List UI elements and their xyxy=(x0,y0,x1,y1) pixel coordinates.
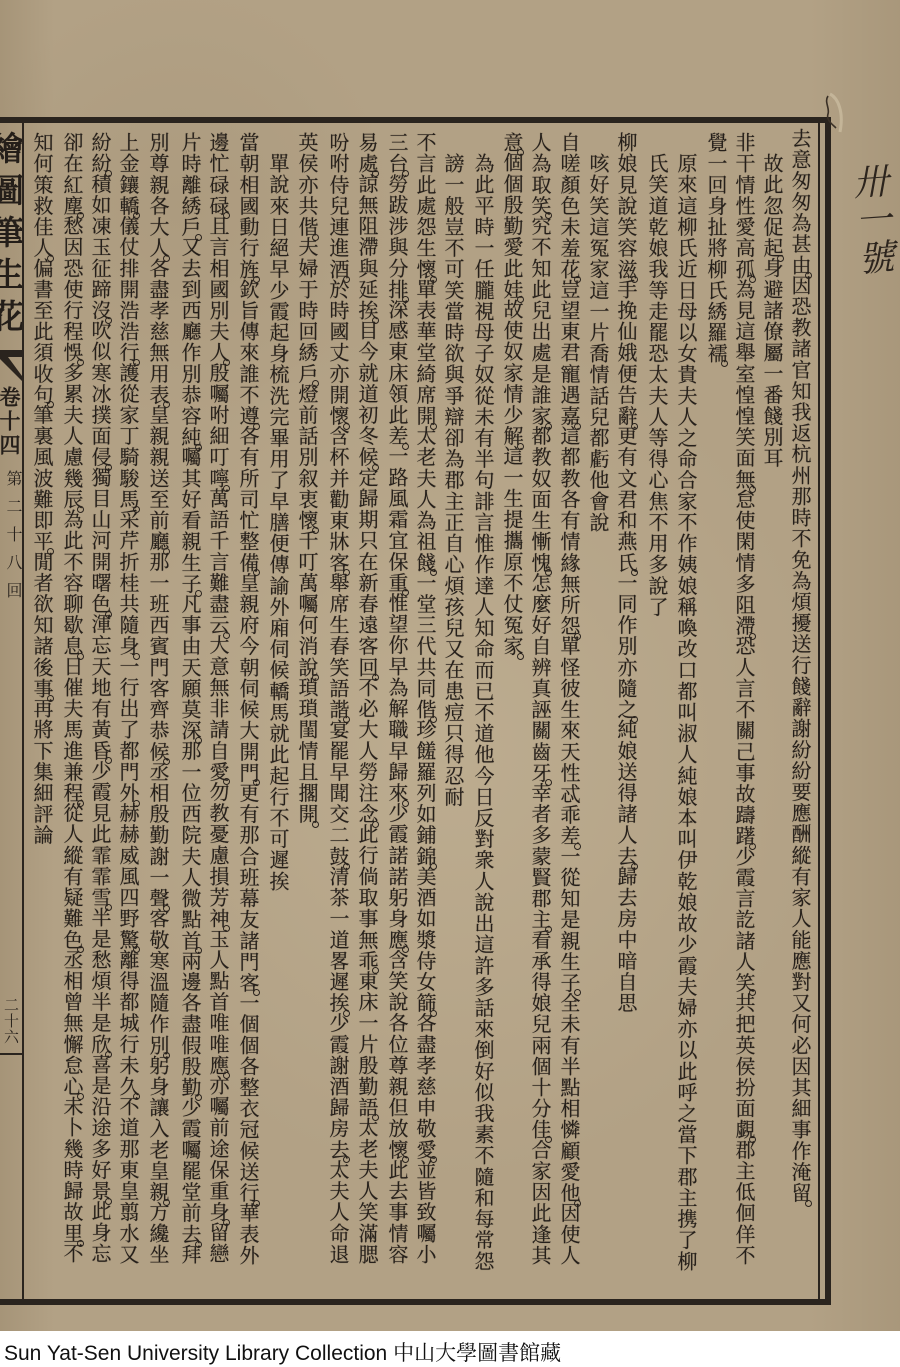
punctuation-circle: 。 xyxy=(749,486,756,493)
text-column: 當朝相國動行旌。欽旨傳來誰不遵。各有所司忙整備。皇親府今朝伺候大開門。更有那合班… xyxy=(235,132,261,1266)
handwritten-note: 卅一號 xyxy=(844,162,896,279)
punctuation-circle: 。 xyxy=(163,255,170,262)
punctuation-circle: 。 xyxy=(105,757,112,764)
text-column: 意。個個殷勤愛此娃。故使奴家情少解。這一生提攜原不仗冤家。 xyxy=(499,132,525,656)
volume-label: 卷十四 xyxy=(0,386,21,458)
text-column: 原來這柳氏近日母以女貴夫人之命合家不作姨娘稱喚改口都叫淑人純娘本叫伊乾娘故少霞夫… xyxy=(673,153,699,1272)
punctuation-circle: 。 xyxy=(343,1010,350,1017)
punctuation-circle: 。 xyxy=(163,905,170,912)
punctuation-circle: 。 xyxy=(223,1219,230,1226)
punctuation-circle: 。 xyxy=(223,485,230,492)
punctuation-circle: 。 xyxy=(223,1072,230,1079)
text-column: 咳好笑這冤家這一片喬情話兒都虧他會說 xyxy=(585,153,611,533)
punctuation-circle: 。 xyxy=(77,506,84,513)
punctuation-circle: 。 xyxy=(545,926,552,933)
punctuation-circle: 。 xyxy=(574,423,581,430)
chapter-label: 第二十八回 xyxy=(3,470,22,610)
punctuation-circle: 。 xyxy=(517,296,524,303)
fishtail-mark-icon xyxy=(0,352,22,382)
punctuation-circle: 。 xyxy=(77,359,84,366)
collection-caption-band: Sun Yat-Sen University Library Collectio… xyxy=(0,1331,900,1367)
frame-border-right-outer xyxy=(825,117,831,1305)
punctuation-circle: 。 xyxy=(430,423,437,430)
paper-tear-icon xyxy=(822,92,852,140)
punctuation-circle: 。 xyxy=(105,611,112,618)
leaf-box-rule xyxy=(0,1053,22,1055)
text-column: 自嗟顏色未羞花。豈望東君寵遇嘉。這都教各有情緣無所怨。單怪彼生來天性忒乖差。一從… xyxy=(556,132,582,1266)
punctuation-circle: 。 xyxy=(105,1051,112,1058)
punctuation-circle: 。 xyxy=(163,758,170,765)
punctuation-circle: 。 xyxy=(805,1200,812,1207)
punctuation-circle: 。 xyxy=(343,1156,350,1163)
punctuation-circle: 。 xyxy=(312,674,319,681)
punctuation-circle: 。 xyxy=(47,695,54,702)
punctuation-circle: 。 xyxy=(223,212,230,219)
punctuation-circle: 。 xyxy=(372,317,379,324)
punctuation-circle: 。 xyxy=(545,779,552,786)
punctuation-circle: 。 xyxy=(430,1156,437,1163)
collection-caption: Sun Yat-Sen University Library Collectio… xyxy=(4,1337,561,1367)
punctuation-circle: 。 xyxy=(223,778,230,785)
frame-border-bottom xyxy=(0,1299,831,1305)
punctuation-circle: 。 xyxy=(77,800,84,807)
punctuation-circle: 。 xyxy=(195,234,202,241)
punctuation-circle: 。 xyxy=(721,360,728,367)
book-title: 繪圖筆生花 xyxy=(0,131,22,341)
punctuation-circle: 。 xyxy=(343,423,350,430)
punctuation-circle: 。 xyxy=(631,569,638,576)
text-column: 故此忽促起。身避諸僚屬一番餞別耳 xyxy=(759,153,785,469)
punctuation-circle: 。 xyxy=(749,843,756,850)
text-column: 知何策救佳人。偏書至此須收句。筆裏風波難即平。閒者欲知諸後事。再將下集細評論 xyxy=(29,132,55,846)
punctuation-circle: 。 xyxy=(253,1200,260,1207)
punctuation-circle: 。 xyxy=(77,946,84,953)
frame-border-top xyxy=(0,117,831,123)
punctuation-circle: 。 xyxy=(430,1010,437,1017)
text-column: 三台。勞跋涉與分排。深感東床領此差。一路風霜宜保重。惟望你早為解職早歸來。少霞諾… xyxy=(384,132,410,1265)
text-column: 為此平時一任朧視母子奴從未有半句誹言惟作達人知命而已不道他今日反對衆人說出這許多… xyxy=(470,153,496,1272)
punctuation-circle: 。 xyxy=(574,276,581,283)
text-column: 紛紛。積如凍玉征蹄沒。吹似寒冰撲面侵。獨目山河開曙色。渾忘天地有黃昏。少霞見此霏… xyxy=(87,132,113,1264)
punctuation-circle: 。 xyxy=(133,359,140,366)
punctuation-circle: 。 xyxy=(77,1240,84,1247)
punctuation-circle: 。 xyxy=(402,589,409,596)
text-column: 不言此處怨生懷。單表華堂綺席開。太老夫人為祖餞。一堂三代共同偕。珍饈羅列如鋪錦。… xyxy=(412,132,438,1265)
punctuation-circle: 。 xyxy=(195,1094,202,1101)
punctuation-circle: 。 xyxy=(574,633,581,640)
text-column: 非干情性愛高孤。為見這舉室惶惶笑面無。怠使閑情多阻滯。恐人言不關己事故躊躇。少霞… xyxy=(731,132,757,1266)
punctuation-circle: 。 xyxy=(223,925,230,932)
punctuation-circle: 。 xyxy=(133,946,140,953)
punctuation-circle: 。 xyxy=(545,1136,552,1143)
text-column: 易處。諒無阻滯與延挨。目今就道初冬候。定歸期只在新春遠客回。不必大人勞注念。此行… xyxy=(354,132,380,1265)
text-column: 吩咐侍兒連進酒。於時國丈亦開懷。含杯并勸東牀客。舉席生春笑語諧。宴罷早聞交二鼓。… xyxy=(325,132,351,1265)
punctuation-circle: 。 xyxy=(77,653,84,660)
punctuation-circle: 。 xyxy=(133,212,140,219)
punctuation-circle: 。 xyxy=(574,989,581,996)
punctuation-circle: 。 xyxy=(223,632,230,639)
punctuation-circle: 。 xyxy=(402,800,409,807)
frame-border-right-inner xyxy=(818,117,820,1305)
scanned-book-page: 繪圖筆生花 卷十四 第二十八回 二十六 去意匆匆為甚由。因恐教諸官知我返杭州那時… xyxy=(0,0,900,1367)
punctuation-circle: 。 xyxy=(253,779,260,786)
punctuation-circle: 。 xyxy=(47,255,54,262)
punctuation-circle: 。 xyxy=(631,716,638,723)
punctuation-circle: 。 xyxy=(195,590,202,597)
punctuation-circle: 。 xyxy=(574,1200,581,1207)
punctuation-circle: 。 xyxy=(195,444,202,451)
punctuation-circle: 。 xyxy=(312,380,319,387)
text-column: 邊忙碌碌。且言相國別夫人。殷囑咐細叮嚀。萬語千言難盡云。大意無非請自愛。勿教憂慮… xyxy=(205,132,231,1264)
book-margin: 繪圖筆生花 卷十四 第二十八回 二十六 xyxy=(0,123,22,1299)
leaf-number: 二十六 xyxy=(1,997,21,1045)
punctuation-circle: 。 xyxy=(195,947,202,954)
punctuation-circle: 。 xyxy=(517,149,524,156)
punctuation-circle: 。 xyxy=(402,1156,409,1163)
punctuation-circle: 。 xyxy=(430,276,437,283)
punctuation-circle: 。 xyxy=(749,633,756,640)
punctuation-circle: 。 xyxy=(47,401,54,408)
text-column: 片時離綉戶。又去到西廳作別恭容純。囑其好看親生子。凡事由天願莫深。那一位西院夫人… xyxy=(177,132,203,1265)
punctuation-circle: 。 xyxy=(105,904,112,911)
text-column: 別尊親各大人。各盡孝慈無用表。皇親親送至前廳。那一班西賓門客齊恭候。丞相殷勤謝一… xyxy=(145,132,171,1265)
text-column: 卻在紅塵。愁因恐使行程悞。多累夫人慮幾辰。為此不容聊歇息。日催夫馬進兼程。從人縱… xyxy=(59,132,85,1264)
punctuation-circle: 。 xyxy=(402,946,409,953)
punctuation-circle: 。 xyxy=(749,276,756,283)
punctuation-circle: 。 xyxy=(517,443,524,450)
punctuation-circle: 。 xyxy=(372,821,379,828)
punctuation-circle: 。 xyxy=(133,506,140,513)
punctuation-circle: 。 xyxy=(133,653,140,660)
punctuation-circle: 。 xyxy=(343,276,350,283)
punctuation-circle: 。 xyxy=(749,989,756,996)
text-column: 去意匆匆為甚由。因恐教諸官知我返杭州那時不免為煩擾送行餞辭謝紛紛要應酬縱有家人能… xyxy=(787,128,813,1203)
punctuation-circle: 。 xyxy=(631,423,638,430)
punctuation-circle: 。 xyxy=(343,716,350,723)
punctuation-circle: 。 xyxy=(430,716,437,723)
punctuation-circle: 。 xyxy=(430,863,437,870)
punctuation-circle: 。 xyxy=(343,863,350,870)
punctuation-circle: 。 xyxy=(105,464,112,471)
punctuation-circle: 。 xyxy=(545,423,552,430)
punctuation-circle: 。 xyxy=(372,1114,379,1121)
punctuation-circle: 。 xyxy=(545,569,552,576)
punctuation-circle: 。 xyxy=(631,276,638,283)
punctuation-circle: 。 xyxy=(402,443,409,450)
punctuation-circle: 。 xyxy=(253,423,260,430)
punctuation-circle: 。 xyxy=(163,401,170,408)
punctuation-circle: 。 xyxy=(77,1093,84,1100)
text-column: 英侯亦共偕。夫婦于時回綉戶。燈前話別叙衷懷。千叮萬囑何消說。瑣瑣閨情且擱開。 xyxy=(294,132,320,824)
punctuation-circle: 。 xyxy=(402,296,409,303)
punctuation-circle: 。 xyxy=(372,674,379,681)
punctuation-circle: 。 xyxy=(195,737,202,744)
punctuation-circle: 。 xyxy=(163,1199,170,1206)
punctuation-circle: 。 xyxy=(312,234,319,241)
punctuation-circle: 。 xyxy=(372,464,379,471)
punctuation-circle: 。 xyxy=(223,359,230,366)
text-column: 氏笑道乾娘我等走罷恐太夫人等得心焦不用多說了 xyxy=(644,153,670,617)
punctuation-circle: 。 xyxy=(105,170,112,177)
text-column: 人為取笑。究不知此兒出處是誰家。都教奴面生慚愧。怎麼好自辨真誣關齒牙。幸者多蒙賢… xyxy=(527,132,553,1266)
punctuation-circle: 。 xyxy=(133,1093,140,1100)
punctuation-circle: 。 xyxy=(47,548,54,555)
margin-divider-line xyxy=(22,117,24,1305)
punctuation-circle: 。 xyxy=(574,843,581,850)
punctuation-circle: 。 xyxy=(253,276,260,283)
punctuation-circle: 。 xyxy=(749,1136,756,1143)
punctuation-circle: 。 xyxy=(545,212,552,219)
punctuation-circle: 。 xyxy=(77,212,84,219)
punctuation-circle: 。 xyxy=(195,1241,202,1248)
punctuation-circle: 。 xyxy=(372,967,379,974)
punctuation-circle: 。 xyxy=(163,1052,170,1059)
punctuation-circle: 。 xyxy=(312,821,319,828)
punctuation-circle: 。 xyxy=(105,1198,112,1205)
text-column: 柳娘見說笑容滋。手挽仙娥便告辭。更有文君和燕氏。一同作別亦隨之。純娘送得諸人去。… xyxy=(613,132,639,1014)
punctuation-circle: 。 xyxy=(372,170,379,177)
text-column: 上金鑲轎。儀仗排開浩浩行。護從家丁騎駿馬。采芹折桂共隨身。一行出了都門外。赫赫威… xyxy=(115,132,141,1265)
punctuation-circle: 。 xyxy=(163,548,170,555)
punctuation-circle: 。 xyxy=(777,255,784,262)
punctuation-circle: 。 xyxy=(253,989,260,996)
punctuation-circle: 。 xyxy=(517,653,524,660)
text-column: 覺一回身扯將柳氏綉羅襦。 xyxy=(703,132,729,363)
punctuation-circle: 。 xyxy=(343,569,350,576)
punctuation-circle: 。 xyxy=(133,800,140,807)
text-column: 謗一般豈不可笑當時欲與爭辯卻為郡主正自心煩孩兒又在患痘只得忍耐 xyxy=(440,153,466,807)
punctuation-circle: 。 xyxy=(430,569,437,576)
punctuation-circle: 。 xyxy=(105,317,112,324)
punctuation-circle: 。 xyxy=(312,527,319,534)
text-column: 單說來日絕早少霞起身梳洗完畢用了早膳便傳諭外廂伺候轎馬就此起行不可遲挨 xyxy=(265,153,291,892)
punctuation-circle: 。 xyxy=(805,272,812,279)
punctuation-circle: 。 xyxy=(253,569,260,576)
punctuation-circle: 。 xyxy=(402,170,409,177)
punctuation-circle: 。 xyxy=(631,863,638,870)
